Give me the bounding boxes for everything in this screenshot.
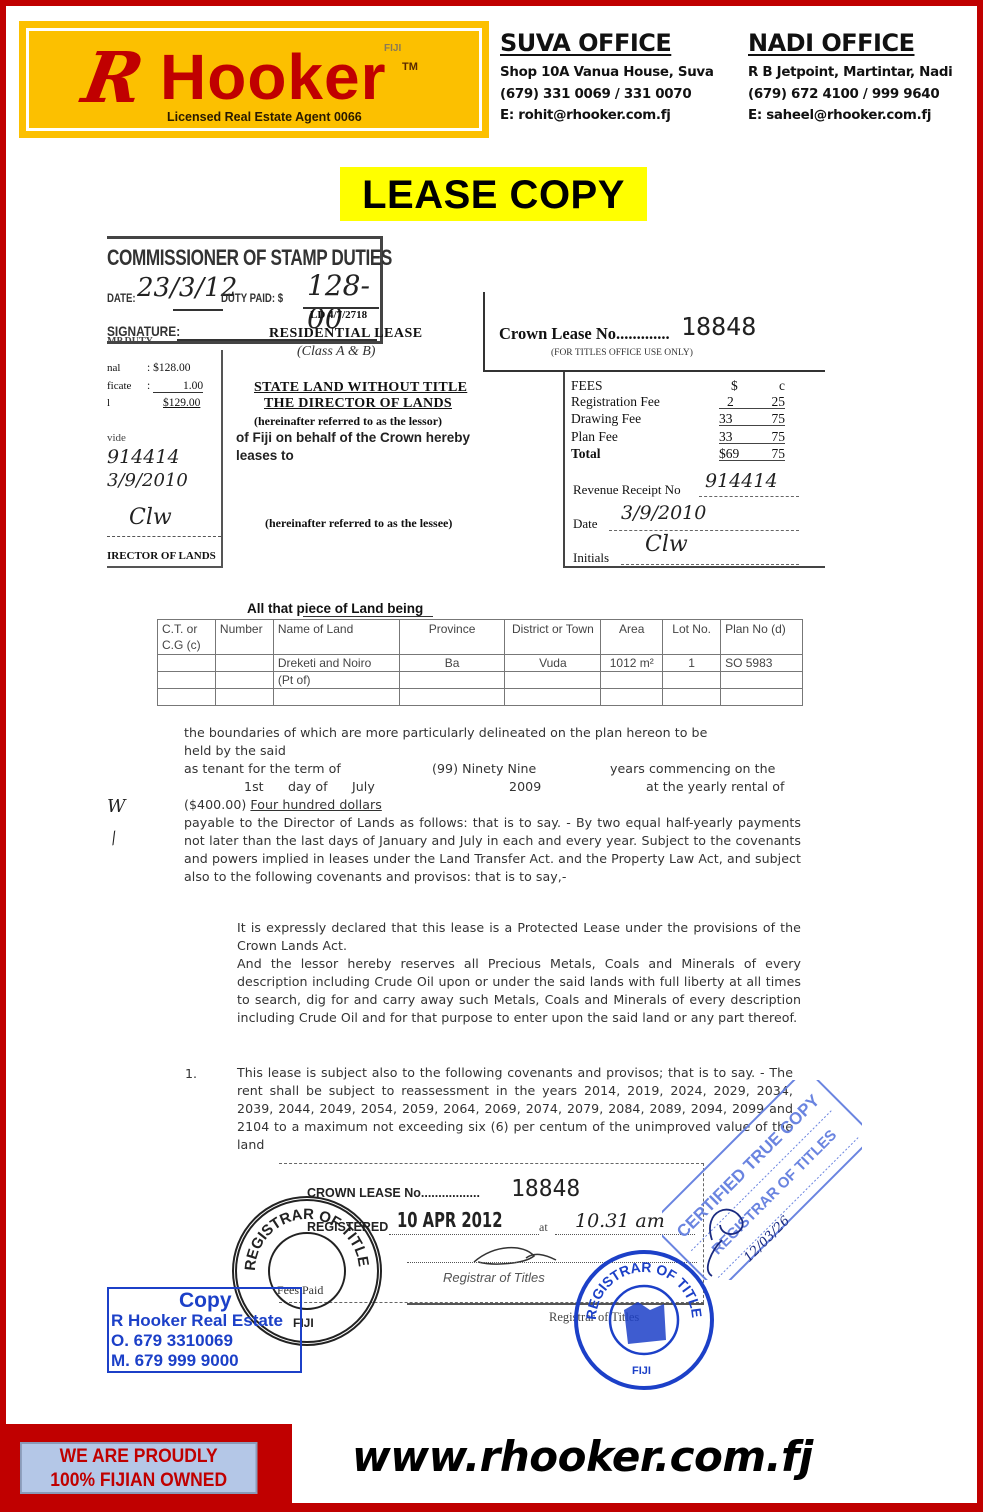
- fee-label: Drawing Fee: [571, 411, 641, 426]
- table-row: [158, 689, 803, 706]
- column-header: Name of Land: [273, 620, 399, 655]
- copy-stamp-title: Copy: [179, 1289, 232, 1313]
- crown-text-2: leases to: [236, 448, 294, 463]
- table-cell: 1: [663, 655, 721, 672]
- certified-true-copy-stamp: CERTIFIED TRUE COPY REGISTRAR OF TITLES …: [682, 1100, 872, 1270]
- commencement-month: July: [352, 778, 375, 796]
- fee-row: Drawing Fee 3375: [571, 411, 821, 427]
- table-cell: [399, 672, 505, 689]
- para-body: payable to the Director of Lands as foll…: [184, 814, 801, 886]
- registrar-label: Registrar of Titles: [443, 1270, 545, 1285]
- copy-stamp-company: R Hooker Real Estate: [111, 1311, 283, 1331]
- table-cell: [158, 689, 216, 706]
- registration-label: CROWN LEASE No.................: [307, 1186, 480, 1200]
- table-cell: [663, 689, 721, 706]
- stamp-sub-label: MP DUTY: [107, 336, 153, 347]
- fee-row: Registration Fee 225: [571, 394, 821, 410]
- column-header: C.T. or C.G (c): [158, 620, 216, 655]
- fee-cents: 25: [772, 394, 786, 410]
- logo-region-tag: FIJI: [384, 43, 401, 54]
- table-cell: Vuda: [505, 655, 601, 672]
- fee-date-label: Date: [573, 516, 598, 532]
- term-suffix: years commencing on the: [610, 760, 775, 778]
- initials-label: Initials: [573, 550, 609, 566]
- receipt-value: 914414: [705, 470, 778, 492]
- panel-receipt-no: 914414: [107, 446, 180, 468]
- registered-date: 10 APR 2012: [397, 1208, 502, 1232]
- licence-text: Licensed Real Estate Agent 0066: [167, 110, 362, 124]
- table-header-row: C.T. or C.G (c) Number Name of Land Prov…: [158, 620, 803, 655]
- fee-cents: 75: [772, 429, 786, 445]
- stamp-duty-paid-label: DUTY PAID: $: [221, 291, 283, 305]
- fee-dollars: 33: [719, 411, 733, 427]
- fee-date-value: 3/9/2010: [621, 502, 706, 524]
- fee-dollars: $69: [719, 446, 739, 462]
- fee-cents: 75: [772, 446, 786, 462]
- lessor-note: (hereinafter referred to as the lessor): [254, 414, 442, 429]
- footer-bottom-bar: [0, 1503, 983, 1512]
- rhooker-copy-stamp: Copy R Hooker Real Estate O. 679 3310069…: [107, 1287, 302, 1373]
- panel-initials: Clw: [129, 505, 172, 530]
- badge-line: WE ARE PROUDLY: [22, 1445, 256, 1469]
- table-cell: [663, 672, 721, 689]
- crown-lease-box: Crown Lease No............. 18848 (FOR T…: [483, 292, 825, 372]
- column-header: Area: [601, 620, 663, 655]
- at-label: at: [539, 1220, 548, 1235]
- panel-row-label: nal: [107, 362, 120, 374]
- term-value: (99) Ninety Nine: [432, 760, 536, 778]
- table-cell: [399, 689, 505, 706]
- margin-mark: W: [107, 796, 126, 817]
- stamp-duty-title: COMMISSIONER OF STAMP DUTIES: [107, 245, 392, 271]
- stamp-date-label: DATE:: [107, 291, 136, 305]
- commencement-year: 2009: [509, 778, 541, 796]
- crown-text-1: of Fiji on behalf of the Crown hereby: [236, 430, 470, 445]
- office-phone: (679) 672 4100 / 999 9640: [748, 84, 952, 106]
- office-email[interactable]: E: rohit@rhooker.com.fj: [500, 105, 714, 127]
- fee-dollars: 2: [727, 394, 734, 410]
- panel-row-label: l: [107, 397, 110, 409]
- table-cell: [721, 672, 803, 689]
- lessee-note: (hereinafter referred to as the lessee): [265, 516, 452, 531]
- initials-value: Clw: [645, 532, 688, 557]
- panel-row-value: 1.00: [153, 380, 203, 393]
- badge-line: 100% FIJIAN OWNED: [22, 1469, 256, 1493]
- certifier-signature-icon: [692, 1180, 772, 1280]
- para-line: held by the said: [184, 742, 801, 760]
- titles-office-note: (FOR TITLES OFFICE USE ONLY): [551, 348, 693, 358]
- day-of: day of: [288, 778, 328, 796]
- registrar-signature-icon: [464, 1242, 564, 1272]
- nadi-office: NADI OFFICE R B Jetpoint, Martintar, Nad…: [748, 28, 952, 127]
- left-stamp-panel: nal : $128.00 ficate : 1.00 l $129.00 vi…: [107, 350, 223, 568]
- column-header: Number: [215, 620, 273, 655]
- fees-box: FEES $ c Registration Fee 225 Drawing Fe…: [563, 372, 825, 568]
- column-header: Plan No (d): [721, 620, 803, 655]
- website-link[interactable]: www.rhooker.com.fj: [352, 1432, 813, 1481]
- director-heading: THE DIRECTOR OF LANDS: [264, 396, 452, 412]
- table-cell: [158, 672, 216, 689]
- fijian-owned-badge: WE ARE PROUDLY 100% FIJIAN OWNED: [20, 1442, 257, 1494]
- minerals-reservation-paragraph: And the lessor hereby reserves all Preci…: [237, 955, 801, 1027]
- logo-name: Hooker: [160, 45, 387, 109]
- rent-amount: ($400.00): [184, 797, 246, 812]
- lease-paragraph-1: the boundaries of which are more particu…: [184, 724, 801, 886]
- fee-label: Registration Fee: [571, 394, 660, 409]
- commencement-day: 1st: [244, 778, 264, 796]
- fees-col-dollars: $: [731, 378, 738, 394]
- state-land-heading: STATE LAND WITHOUT TITLE: [254, 380, 467, 396]
- panel-row-label: ficate: [107, 380, 131, 392]
- office-address: Shop 10A Vanua House, Suva: [500, 62, 714, 84]
- panel-row-value: $129.00: [163, 397, 200, 409]
- office-email[interactable]: E: saheel@rhooker.com.fj: [748, 105, 952, 127]
- table-cell: [158, 655, 216, 672]
- fees-col-cents: c: [779, 378, 785, 394]
- clause-number: 1.: [185, 1066, 197, 1081]
- panel-footer: IRECTOR OF LANDS: [107, 550, 216, 562]
- table-cell: [601, 689, 663, 706]
- suva-office: SUVA OFFICE Shop 10A Vanua House, Suva (…: [500, 28, 714, 127]
- registered-time: 10.31 am: [575, 1210, 665, 1232]
- office-title: SUVA OFFICE: [500, 28, 714, 58]
- fee-total-row: Total $6975: [571, 446, 821, 462]
- table-cell: SO 5983: [721, 655, 803, 672]
- vide-label: vide: [107, 432, 126, 444]
- rental-label: at the yearly rental of: [646, 778, 784, 796]
- footer-right-bar: [977, 1424, 983, 1512]
- fee-dollars: 33: [719, 429, 733, 445]
- table-cell: 1012 m²: [601, 655, 663, 672]
- scanned-lease-document: COMMISSIONER OF STAMP DUTIES DATE: 23/3/…: [107, 230, 877, 1402]
- lease-class: (Class A & B): [297, 344, 375, 360]
- crown-lease-label: Crown Lease No.............: [499, 324, 670, 344]
- column-header: Province: [399, 620, 505, 655]
- ld-reference: LD 4/7/2718: [310, 309, 367, 321]
- term-prefix: as tenant for the term of: [184, 760, 341, 778]
- land-caption: All that piece of Land being: [247, 601, 423, 616]
- table-row: (Pt of): [158, 672, 803, 689]
- table-cell: [505, 672, 601, 689]
- fee-label: Total: [571, 446, 601, 461]
- crown-lease-number: 18848: [681, 312, 756, 341]
- fees-header: FEES: [571, 378, 603, 393]
- lease-type: RESIDENTIAL LEASE: [269, 326, 423, 342]
- column-header: Lot No.: [663, 620, 721, 655]
- para-line: the boundaries of which are more particu…: [184, 724, 801, 742]
- lease-copy-banner: LEASE COPY: [340, 167, 647, 221]
- office-phone: (679) 331 0069 / 331 0070: [500, 84, 714, 106]
- table-cell: [215, 689, 273, 706]
- panel-date: 3/9/2010: [107, 470, 188, 491]
- registration-number: 18848: [511, 1176, 580, 1202]
- protected-lease-paragraph: It is expressly declared that this lease…: [237, 919, 801, 955]
- table-cell: (Pt of): [273, 672, 399, 689]
- fee-label: Plan Fee: [571, 429, 618, 444]
- svg-text:FIJI: FIJI: [632, 1365, 651, 1377]
- receipt-label: Revenue Receipt No: [573, 482, 681, 498]
- trademark-mark: TM: [402, 61, 418, 73]
- table-cell: [215, 655, 273, 672]
- table-cell: [721, 689, 803, 706]
- table-cell: [273, 689, 399, 706]
- rhooker-logo[interactable]: R Hooker FIJI TM Licensed Real Estate Ag…: [19, 21, 489, 138]
- logo-monogram-icon: R: [78, 43, 149, 113]
- column-header: District or Town: [505, 620, 601, 655]
- margin-mark: /: [108, 828, 120, 848]
- copy-stamp-mobile: M. 679 999 9000: [111, 1351, 239, 1371]
- table-cell: Ba: [399, 655, 505, 672]
- land-description-table: C.T. or C.G (c) Number Name of Land Prov…: [157, 619, 803, 706]
- table-row: Dreketi and Noiro Ba Vuda 1012 m² 1 SO 5…: [158, 655, 803, 672]
- copy-stamp-office-phone: O. 679 3310069: [111, 1331, 233, 1351]
- table-cell: Dreketi and Noiro: [273, 655, 399, 672]
- table-cell: [505, 689, 601, 706]
- panel-row-value: $128.00: [153, 362, 190, 374]
- fee-cents: 75: [772, 411, 786, 427]
- office-title: NADI OFFICE: [748, 28, 952, 58]
- rent-words: Four hundred dollars: [250, 797, 381, 812]
- fee-row: Plan Fee 3375: [571, 429, 821, 445]
- svg-text:REGISTRAR OF TITLES: REGISTRAR OF TITLES: [237, 1201, 372, 1271]
- table-cell: [215, 672, 273, 689]
- table-cell: [601, 672, 663, 689]
- office-address: R B Jetpoint, Martintar, Nadi: [748, 62, 952, 84]
